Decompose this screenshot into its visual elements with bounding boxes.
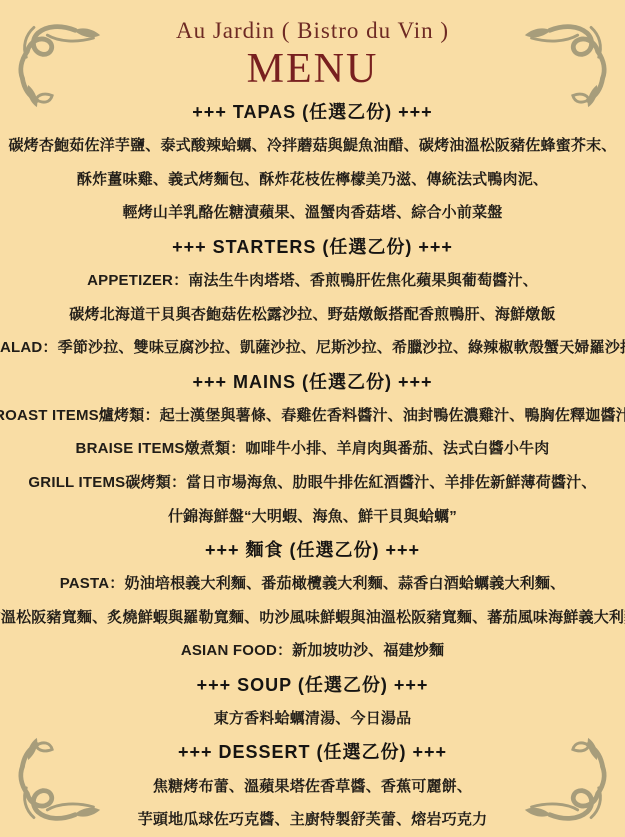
corner-ornament-top-left bbox=[8, 14, 104, 110]
menu-line: 碳烤杏鮑茹佐洋芋鹽、泰式酸辣蛤蠣、冷拌蘑菇與鯷魚油醋、碳烤油溫松阪豬佐蜂蜜芥末、 bbox=[0, 128, 625, 162]
corner-ornament-bottom-left bbox=[8, 735, 104, 831]
menu-line: ROAST ITEMS爐烤類：起士漢堡與薯條、春雞佐香料醬汁、油封鴨佐濃雞汁、鴨… bbox=[0, 398, 625, 432]
menu-line: GRILL ITEMS碳烤類：當日市場海魚、肋眼牛排佐紅酒醬汁、羊排佐新鮮薄荷醬… bbox=[0, 465, 625, 499]
menu-page: Au Jardin ( Bistro du Vin ) MENU +++ TAP… bbox=[0, 0, 625, 837]
menu-line: PASTA：奶油培根義大利麵、番茄橄欖義大利麵、蒜香白酒蛤蠣義大利麵、 bbox=[0, 566, 625, 600]
art-nouveau-flourish-icon bbox=[8, 14, 104, 110]
section-lines: 東方香料蛤蠣清湯、今日湯品 bbox=[0, 701, 625, 735]
corner-ornament-bottom-right bbox=[521, 735, 617, 831]
section-header: +++ SOUP (任選乙份) +++ bbox=[0, 667, 625, 701]
section-lines: ROAST ITEMS爐烤類：起士漢堡與薯條、春雞佐香料醬汁、油封鴨佐濃雞汁、鴨… bbox=[0, 398, 625, 532]
art-nouveau-flourish-icon bbox=[521, 735, 617, 831]
menu-line: ASIAN FOOD：新加坡叻沙、福建炒麵 bbox=[0, 633, 625, 667]
menu-line: 油溫松阪豬寬麵、炙燒鮮蝦與羅勒寬麵、叻沙風味鮮蝦與油溫松阪豬寬麵、蕃茄風味海鮮義… bbox=[0, 600, 625, 634]
menu-line: 東方香料蛤蠣清湯、今日湯品 bbox=[0, 701, 625, 735]
section-lines: APPETIZER：南法生牛肉塔塔、香煎鴨肝佐焦化蘋果與葡萄醬汁、碳烤北海道干貝… bbox=[0, 263, 625, 364]
menu-line: BRAISE ITEMS燉煮類：咖啡牛小排、羊肩肉與番茄、法式白醬小牛肉 bbox=[0, 431, 625, 465]
art-nouveau-flourish-icon bbox=[521, 14, 617, 110]
menu-section: +++ SOUP (任選乙份) +++ 東方香料蛤蠣清湯、今日湯品 bbox=[0, 667, 625, 735]
menu-section: +++ TAPAS (任選乙份) +++ 碳烤杏鮑茹佐洋芋鹽、泰式酸辣蛤蠣、冷拌… bbox=[0, 94, 625, 229]
menu-line: 什錦海鮮盤“大明蝦、海魚、鮮干貝與蛤蠣” bbox=[0, 498, 625, 532]
menu-section: +++ STARTERS (任選乙份) +++ APPETIZER：南法生牛肉塔… bbox=[0, 229, 625, 364]
menu-line: SALAD：季節沙拉、雙味豆腐沙拉、凱薩沙拉、尼斯沙拉、希臘沙拉、綠辣椒軟殼蟹天… bbox=[0, 330, 625, 364]
menu-sections: +++ TAPAS (任選乙份) +++ 碳烤杏鮑茹佐洋芋鹽、泰式酸辣蛤蠣、冷拌… bbox=[0, 94, 625, 836]
menu-line: 輕烤山羊乳酪佐糖漬蘋果、溫蟹肉香菇塔、綜合小前菜盤 bbox=[0, 195, 625, 229]
menu-line: 酥炸薑味雞、義式烤麵包、酥炸花枝佐檸檬美乃滋、傳統法式鴨肉泥、 bbox=[0, 162, 625, 196]
corner-ornament-top-right bbox=[521, 14, 617, 110]
section-header: +++ STARTERS (任選乙份) +++ bbox=[0, 229, 625, 263]
menu-section: +++ 麵食 (任選乙份) +++ PASTA：奶油培根義大利麵、番茄橄欖義大利… bbox=[0, 532, 625, 667]
section-header: +++ 麵食 (任選乙份) +++ bbox=[0, 532, 625, 566]
section-lines: 碳烤杏鮑茹佐洋芋鹽、泰式酸辣蛤蠣、冷拌蘑菇與鯷魚油醋、碳烤油溫松阪豬佐蜂蜜芥末、… bbox=[0, 128, 625, 229]
menu-line: APPETIZER：南法生牛肉塔塔、香煎鴨肝佐焦化蘋果與葡萄醬汁、 bbox=[0, 263, 625, 297]
section-header: +++ MAINS (任選乙份) +++ bbox=[0, 364, 625, 398]
menu-line: 碳烤北海道干貝與杏鮑菇佐松露沙拉、野菇燉飯搭配香煎鴨肝、海鮮燉飯 bbox=[0, 296, 625, 330]
menu-section: +++ MAINS (任選乙份) +++ ROAST ITEMS爐烤類：起士漢堡… bbox=[0, 364, 625, 532]
section-lines: PASTA：奶油培根義大利麵、番茄橄欖義大利麵、蒜香白酒蛤蠣義大利麵、油溫松阪豬… bbox=[0, 566, 625, 667]
art-nouveau-flourish-icon bbox=[8, 735, 104, 831]
